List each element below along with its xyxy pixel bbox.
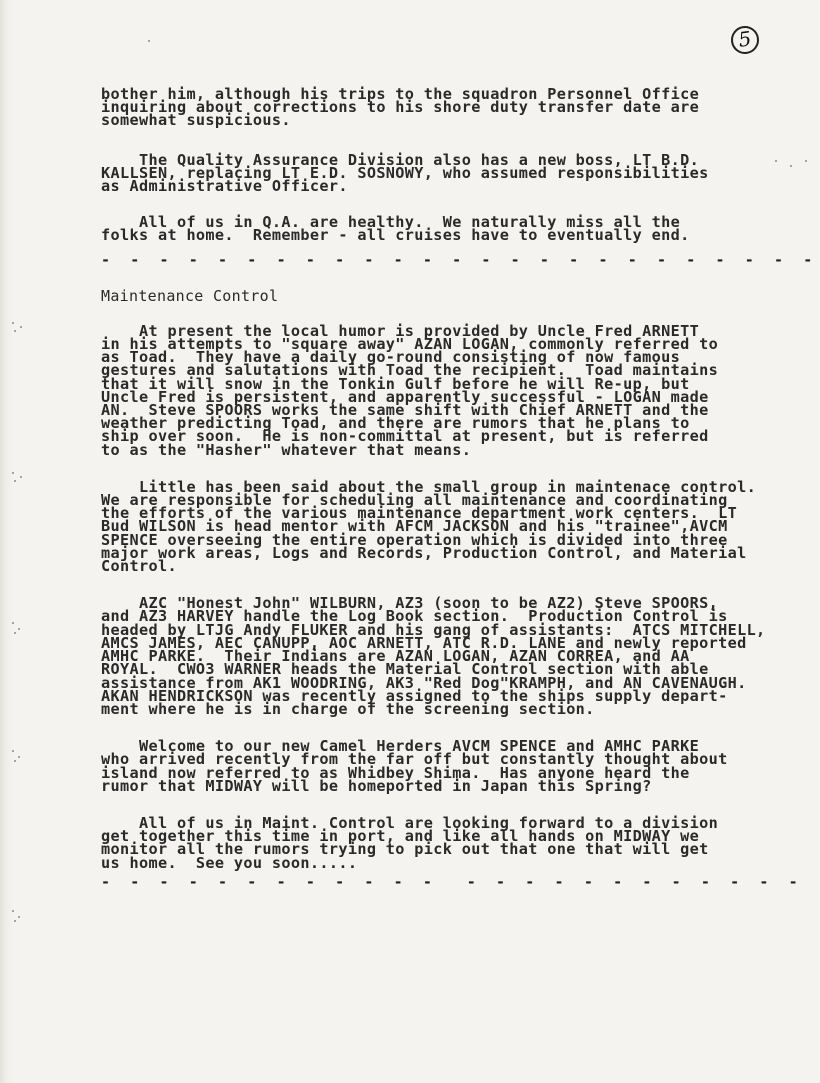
closing-paragraph: All of us in Maint. Control are looking … (101, 817, 791, 870)
scan-speck (775, 160, 777, 162)
log-book-section-paragraph: AZC "Honest John" WILBURN, AZ3 (soon to … (101, 597, 791, 716)
scan-speck (18, 756, 20, 758)
section-heading-maintenance-control: Maintenance Control (101, 290, 791, 303)
scan-speck (12, 322, 14, 324)
text-line: to as the "Hasher" whatever that means. (101, 444, 791, 457)
qa-closing-paragraph: bother him, although his trips to the sq… (101, 88, 791, 128)
qa-new-boss-paragraph: The Quality Assurance Division also has … (101, 154, 791, 194)
scan-speck (14, 760, 16, 762)
section-divider-2: - - - - - - - - - - - - - - - - - - - - … (101, 875, 791, 889)
text-line: Control. (101, 560, 791, 573)
scan-speck (20, 476, 22, 478)
section-divider-1: - - - - - - - - - - - - - - - - - - - - … (101, 253, 791, 267)
scan-speck (14, 480, 16, 482)
text-line: major work areas, Logs and Records, Prod… (101, 547, 791, 560)
scan-speck (14, 632, 16, 634)
page-content: bother him, although his trips to the sq… (101, 88, 791, 889)
scan-speck (12, 910, 14, 912)
scan-speck (805, 160, 807, 162)
scan-speck (14, 330, 16, 332)
block-spacer (101, 128, 791, 154)
scan-speck (148, 40, 150, 42)
text-line: us home. See you soon..... (101, 857, 791, 870)
text-line: rumor that MIDWAY will be homeported in … (101, 780, 791, 793)
scan-speck (790, 165, 792, 167)
qa-health-paragraph: All of us in Q.A. are healthy. We natura… (101, 216, 791, 242)
scan-speck (14, 920, 16, 922)
camel-herders-paragraph: Welcome to our new Camel Herders AVCM SP… (101, 740, 791, 793)
scan-speck (18, 916, 20, 918)
text-line: ment where he is in charge of the screen… (101, 703, 791, 716)
scan-speck (12, 472, 14, 474)
scanned-page: 5 bother him, although his trips to the … (0, 0, 820, 1083)
small-group-paragraph: Little has been said about the small gro… (101, 481, 791, 573)
text-line: somewhat suspicious. (101, 114, 791, 127)
scan-speck (20, 326, 22, 328)
page-number: 5 (729, 24, 761, 56)
scan-speck (12, 750, 14, 752)
local-humor-paragraph: At present the local humor is provided b… (101, 325, 791, 457)
scan-speck (18, 628, 20, 630)
text-line: folks at home. Remember - all cruises ha… (101, 229, 791, 242)
text-line: as Administrative Officer. (101, 180, 791, 193)
scan-speck (12, 622, 14, 624)
